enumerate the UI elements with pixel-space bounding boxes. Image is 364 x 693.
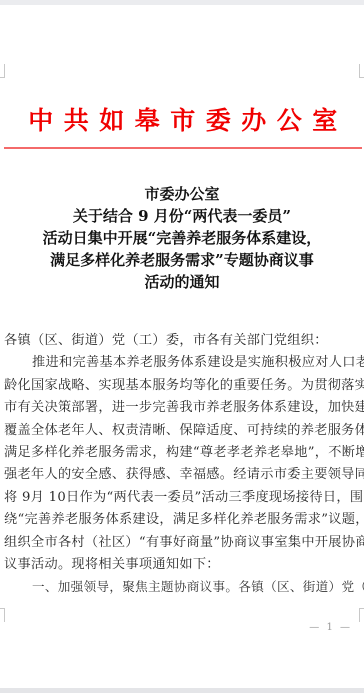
page-corner-mark-top-right: [359, 64, 364, 78]
salutation: 各镇（区、街道）党（工）委，市各有关部门党组织：: [4, 330, 364, 352]
body-line: 覆盖全体老年人、权责清晰、保障适度、可持续的养老服务体系，: [4, 420, 364, 442]
viewer-top-bar: [0, 0, 364, 5]
red-header-rule: [4, 147, 362, 149]
title-line: 关于结合 9 月份“两代表一委员”: [0, 205, 364, 227]
viewer-bottom-bar: [0, 688, 364, 693]
body-line: 龄化国家战略、实现基本服务均等化的重要任务。为贯彻落实省: [4, 375, 364, 397]
page-corner-mark-bottom-right: [359, 608, 364, 622]
body-line: 组织全市各村（社区）“有事好商量”协商议事室集中开展协商: [4, 532, 364, 554]
title-line: 满足多样化养老服务需求”专题协商议事: [0, 249, 364, 271]
page-corner-mark-top-left: [0, 64, 5, 78]
page-corner-mark-bottom-left: [0, 608, 5, 622]
body-line: 绕“完善养老服务体系建设，满足多样化养老服务需求”议题，: [4, 509, 364, 531]
body-line: 议事活动。现将相关事项通知如下：: [4, 554, 364, 576]
page-number: — 1 —: [309, 622, 352, 633]
title-line: 活动日集中开展“完善养老服务体系建设，: [0, 227, 364, 249]
title-line: 市委办公室: [0, 183, 364, 205]
section-heading-line: 一、加强领导，聚焦主题协商议事。各镇（区、街道）党（工）: [4, 576, 364, 598]
body-line: 将 9月 10日作为“两代表一委员”活动三季度现场接待日，围: [4, 487, 364, 509]
body-line: 市有关决策部署，进一步完善我市养老服务体系建设，加快建成: [4, 397, 364, 419]
body-line: 推进和完善基本养老服务体系建设是实施积极应对人口老: [4, 352, 364, 374]
body-line: 满足多样化养老服务需求，构建“尊老孝老养老皋地”，不断增: [4, 442, 364, 464]
title-line: 活动的通知: [0, 271, 364, 293]
document-header-title: 中共如皋市委办公室: [0, 104, 364, 138]
document-title: 市委办公室 关于结合 9 月份“两代表一委员” 活动日集中开展“完善养老服务体系…: [0, 183, 364, 293]
document-body: 各镇（区、街道）党（工）委，市各有关部门党组织： 推进和完善基本养老服务体系建设…: [4, 330, 364, 599]
body-line: 强老年人的安全感、获得感、幸福感。经请示市委主要领导同意，: [4, 464, 364, 486]
